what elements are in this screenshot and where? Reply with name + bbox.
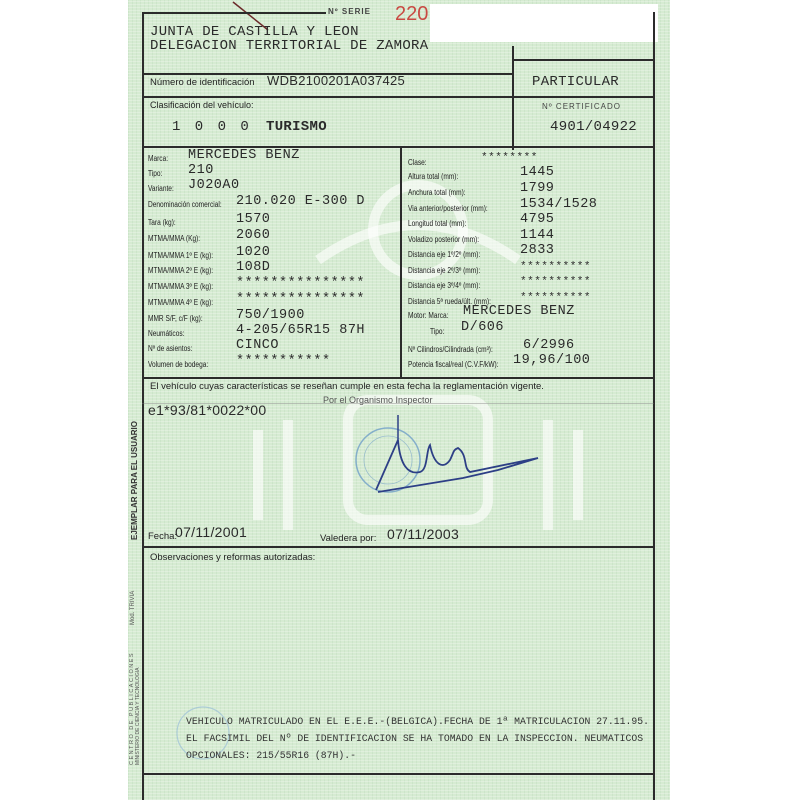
field-label: Potencia fiscal/real (C.V.F/kW):	[408, 360, 499, 369]
field-label: MTMA/MMA 2º E (kg):	[148, 266, 213, 275]
field-value: 19,96/100	[513, 353, 590, 368]
field-label: Clase:	[408, 158, 427, 167]
field-value: ********	[481, 152, 538, 164]
field-label: Distancia eje 3º/4º (mm):	[408, 281, 480, 290]
field-label: Variante:	[148, 184, 174, 193]
field-label: Motor: Marca:	[408, 311, 448, 320]
frame-left	[142, 12, 144, 800]
compliance-statement: El vehículo cuyas características se res…	[150, 381, 544, 392]
field-value: 210	[188, 163, 214, 178]
publisher-line-2: MINISTERIO DE CIENCIA Y TECNOLOGIA	[135, 667, 141, 765]
usage-type: PARTICULAR	[532, 74, 619, 90]
field-value: ***********	[236, 354, 331, 369]
field-value: D/606	[461, 320, 504, 335]
field-label: MTMA/MMA 3º E (kg):	[148, 282, 213, 291]
certificate-number: 4901/04922	[550, 119, 637, 135]
serial-label: Nº SERIE	[328, 7, 371, 16]
field-label: Marca:	[148, 154, 168, 163]
observation-line-1: VEHICULO MATRICULADO EN EL E.E.E.-(BELGI…	[186, 716, 649, 728]
field-label: MTMA/MMA (Kg):	[148, 234, 200, 243]
field-label: Via anterior/posterior (mm):	[408, 204, 488, 213]
field-value: 1445	[520, 165, 554, 180]
field-value: 750/1900	[236, 308, 305, 323]
id-label: Número de identificación	[150, 77, 255, 88]
field-value: 6/2996	[523, 338, 575, 353]
date-label: Fecha:	[148, 531, 177, 542]
certificate-label: Nº CERTIFICADO	[542, 102, 621, 111]
field-label: Denominación comercial:	[148, 200, 222, 209]
field-value: 1799	[520, 181, 554, 196]
authority-line-2: DELEGACION TERRITORIAL DE ZAMORA	[150, 38, 428, 54]
observations-label: Observaciones y reformas autorizadas:	[150, 552, 315, 563]
frame-right	[653, 12, 655, 800]
column-divider	[400, 146, 402, 378]
field-value: 1144	[520, 228, 554, 243]
field-value: 4795	[520, 212, 554, 227]
field-label: Neumáticos:	[148, 329, 184, 338]
observation-line-3: OPCIONALES: 215/55R16 (87H).-	[186, 750, 356, 762]
divider	[512, 46, 514, 150]
id-value: WDB2100201A037425	[267, 73, 405, 88]
classification-code: 1 0 0 0	[172, 119, 252, 135]
field-value: 2833	[520, 243, 554, 258]
field-label: MMR S/F, c/F (kg):	[148, 314, 203, 323]
field-label: Longitud total (mm):	[408, 219, 466, 228]
vehicle-inspection-card: Nº SERIE 220 JUNTA DE CASTILLA Y LEON DE…	[128, 0, 670, 800]
divider	[142, 377, 654, 379]
redacted-area	[430, 4, 658, 42]
model-label: Mod. TRIVIA	[130, 591, 136, 625]
field-label: Tipo:	[148, 169, 162, 178]
field-label: Volumen de bodega:	[148, 360, 208, 369]
field-value: MERCEDES BENZ	[463, 304, 575, 319]
valid-until-label: Valedera por:	[320, 533, 376, 544]
field-value: ***************	[236, 276, 365, 291]
field-value: CINCO	[236, 338, 279, 353]
divider	[142, 546, 654, 548]
field-label: Distancia eje 2º/3º (mm):	[408, 266, 480, 275]
frame-bottom	[142, 773, 655, 775]
field-value: **********	[520, 261, 591, 273]
serial-number: 220	[395, 3, 428, 26]
field-value: 1534/1528	[520, 197, 597, 212]
classification-label: Clasificación del vehículo:	[150, 100, 254, 110]
field-value: 1020	[236, 245, 270, 260]
valid-until-date: 07/11/2003	[387, 526, 459, 542]
field-label: Tara (kg):	[148, 218, 176, 227]
homologation-number: e1*93/81*0022*00	[148, 402, 266, 418]
field-label: Tipo:	[430, 327, 444, 336]
field-value: MERCEDES BENZ	[188, 148, 300, 163]
field-value: ***************	[236, 292, 365, 307]
inspector-signature	[358, 410, 558, 500]
field-label: MTMA/MMA 1º E (kg):	[148, 251, 213, 260]
observation-line-2: EL FACSIMIL DEL Nº DE IDENTIFICACION SE …	[186, 733, 643, 745]
field-label: Anchura total (mm):	[408, 188, 466, 197]
field-value: **********	[520, 276, 591, 288]
frame-top	[142, 12, 326, 14]
field-label: MTMA/MMA 4º E (kg):	[148, 298, 213, 307]
field-value: 210.020 E-300 D	[236, 194, 365, 209]
field-label: Voladizo posterior (mm):	[408, 235, 479, 244]
field-label: Nº de asientos:	[148, 344, 192, 353]
field-value: 1570	[236, 212, 270, 227]
field-value: J020A0	[188, 178, 240, 193]
field-label: Distancia eje 1º/2º (mm):	[408, 250, 480, 259]
field-value: 4-205/65R15 87H	[236, 323, 365, 338]
divider	[142, 96, 654, 98]
field-value: 108D	[236, 260, 270, 275]
field-label: Nº Cilindros/Cilindrada (cm³):	[408, 345, 493, 354]
copy-label: EJEMPLAR PARA EL USUARIO	[130, 421, 139, 540]
inspection-date: 07/11/2001	[175, 524, 247, 540]
classification-value: TURISMO	[266, 119, 327, 135]
field-value: 2060	[236, 228, 270, 243]
field-value: **********	[520, 292, 591, 304]
divider	[512, 59, 654, 61]
field-label: Altura total (mm):	[408, 172, 458, 181]
